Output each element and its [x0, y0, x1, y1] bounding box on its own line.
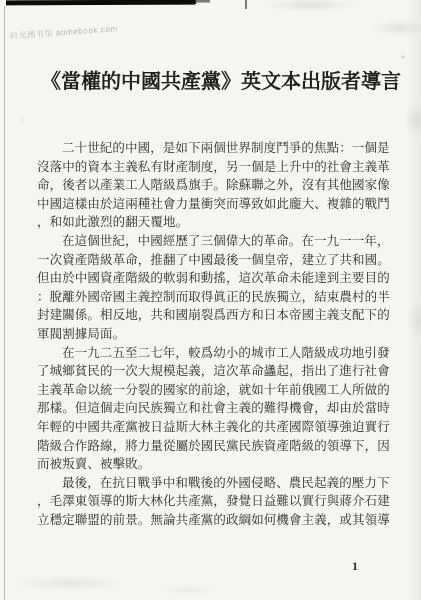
scanned-document-page: 时光图书馆 atimebook.com 《當權的中國共產黨》英文本出版者導言 二…: [0, 0, 421, 600]
page-title: 《當權的中國共產黨》英文本出版者導言: [41, 65, 401, 94]
text-line: 二十世紀的中國，是如下兩個世界制度鬥爭的焦點：一個是: [37, 139, 393, 158]
text-line: 沒落中的資本主義私有財產制度，另一個是上升中的社會主義革: [37, 158, 393, 177]
text-line: 而被叛賣、被擊敗。: [37, 455, 393, 474]
paragraph-1: 二十世紀的中國，是如下兩個世界制度鬥爭的焦點：一個是 沒落中的資本主義私有財產制…: [37, 139, 393, 232]
text-line: 階級合作路線，將力量從屬於國民黨民族資產階級的領導下，因: [37, 437, 393, 456]
text-line: 但由於中國資產階級的軟弱和動搖，這次革命未能達到主要目的: [37, 269, 393, 288]
text-line: 最後，在抗日戰爭中和戰後的外國侵略、農民起義的壓力下: [37, 474, 393, 493]
page-edge-line: [4, 6, 5, 600]
text-line: 軍閥割據局面。: [37, 325, 393, 344]
paragraph-2: 在這個世紀，中國經歷了三個偉大的革命。在一九一一年， 一次資產階級革命，推翻了中…: [37, 232, 393, 344]
body-text: 二十世紀的中國，是如下兩個世界制度鬥爭的焦點：一個是 沒落中的資本主義私有財產制…: [37, 139, 393, 529]
watermark-text: 时光图书馆 atimebook.com: [10, 23, 118, 41]
scan-artifact-bar: [6, 0, 196, 5]
text-line: 一次資產階級革命，推翻了中國最後一個皇帝，建立了共和國。: [37, 251, 393, 270]
text-line: ，毛澤東領導的斯大林化共產黨，發覺日益難以實行與蔣介石建: [37, 492, 393, 511]
text-line: 年輕的中國共產黨被日益斯大林主義化的共產國際領導強迫實行: [37, 418, 393, 437]
text-line: ：脫離外國帝國主義控制而取得眞正的民族獨立，結束農村的半: [37, 288, 393, 307]
text-line: 主義革命以統一分裂的國家的前途，就如十年前俄國工人所做的: [37, 381, 393, 400]
text-line: 中國這樣由於這兩種社會力量衝突而導致如此龐大、複雜的戰鬥: [37, 195, 393, 214]
page-number: 1: [352, 559, 358, 574]
text-line: 在一九二五至二七年，較爲幼小的城市工人階級成功地引發: [37, 344, 393, 363]
text-line: 命，後者以產業工人階級爲旗手。除蘇聯之外，沒有其他國家像: [37, 176, 393, 195]
text-line: 封建關係。相反地，共和國崩裂爲西方和日本帝國主義支配下的: [37, 306, 393, 325]
text-line: 立穩定聯盟的前景。無論共產黨的政綱如何機會主義，或其領導: [37, 511, 393, 530]
paragraph-4: 最後，在抗日戰爭中和戰後的外國侵略、農民起義的壓力下 ，毛澤東領導的斯大林化共產…: [37, 474, 393, 530]
text-line: 在這個世紀，中國經歷了三個偉大的革命。在一九一一年，: [37, 232, 393, 251]
text-line: 那樣。但這個走向民族獨立和社會主義的難得機會，却由於當時: [37, 399, 393, 418]
paragraph-3: 在一九二五至二七年，較爲幼小的城市工人階級成功地引發 了城鄉貧民的一次大規模起義…: [37, 344, 393, 474]
text-line: ，和如此激烈的翻天覆地。: [37, 213, 393, 232]
scan-artifact-tick: [245, 0, 247, 9]
text-line: 了城鄉貧民的一次大規模起義，這次革命蠭起，指出了進行社會: [37, 362, 393, 381]
